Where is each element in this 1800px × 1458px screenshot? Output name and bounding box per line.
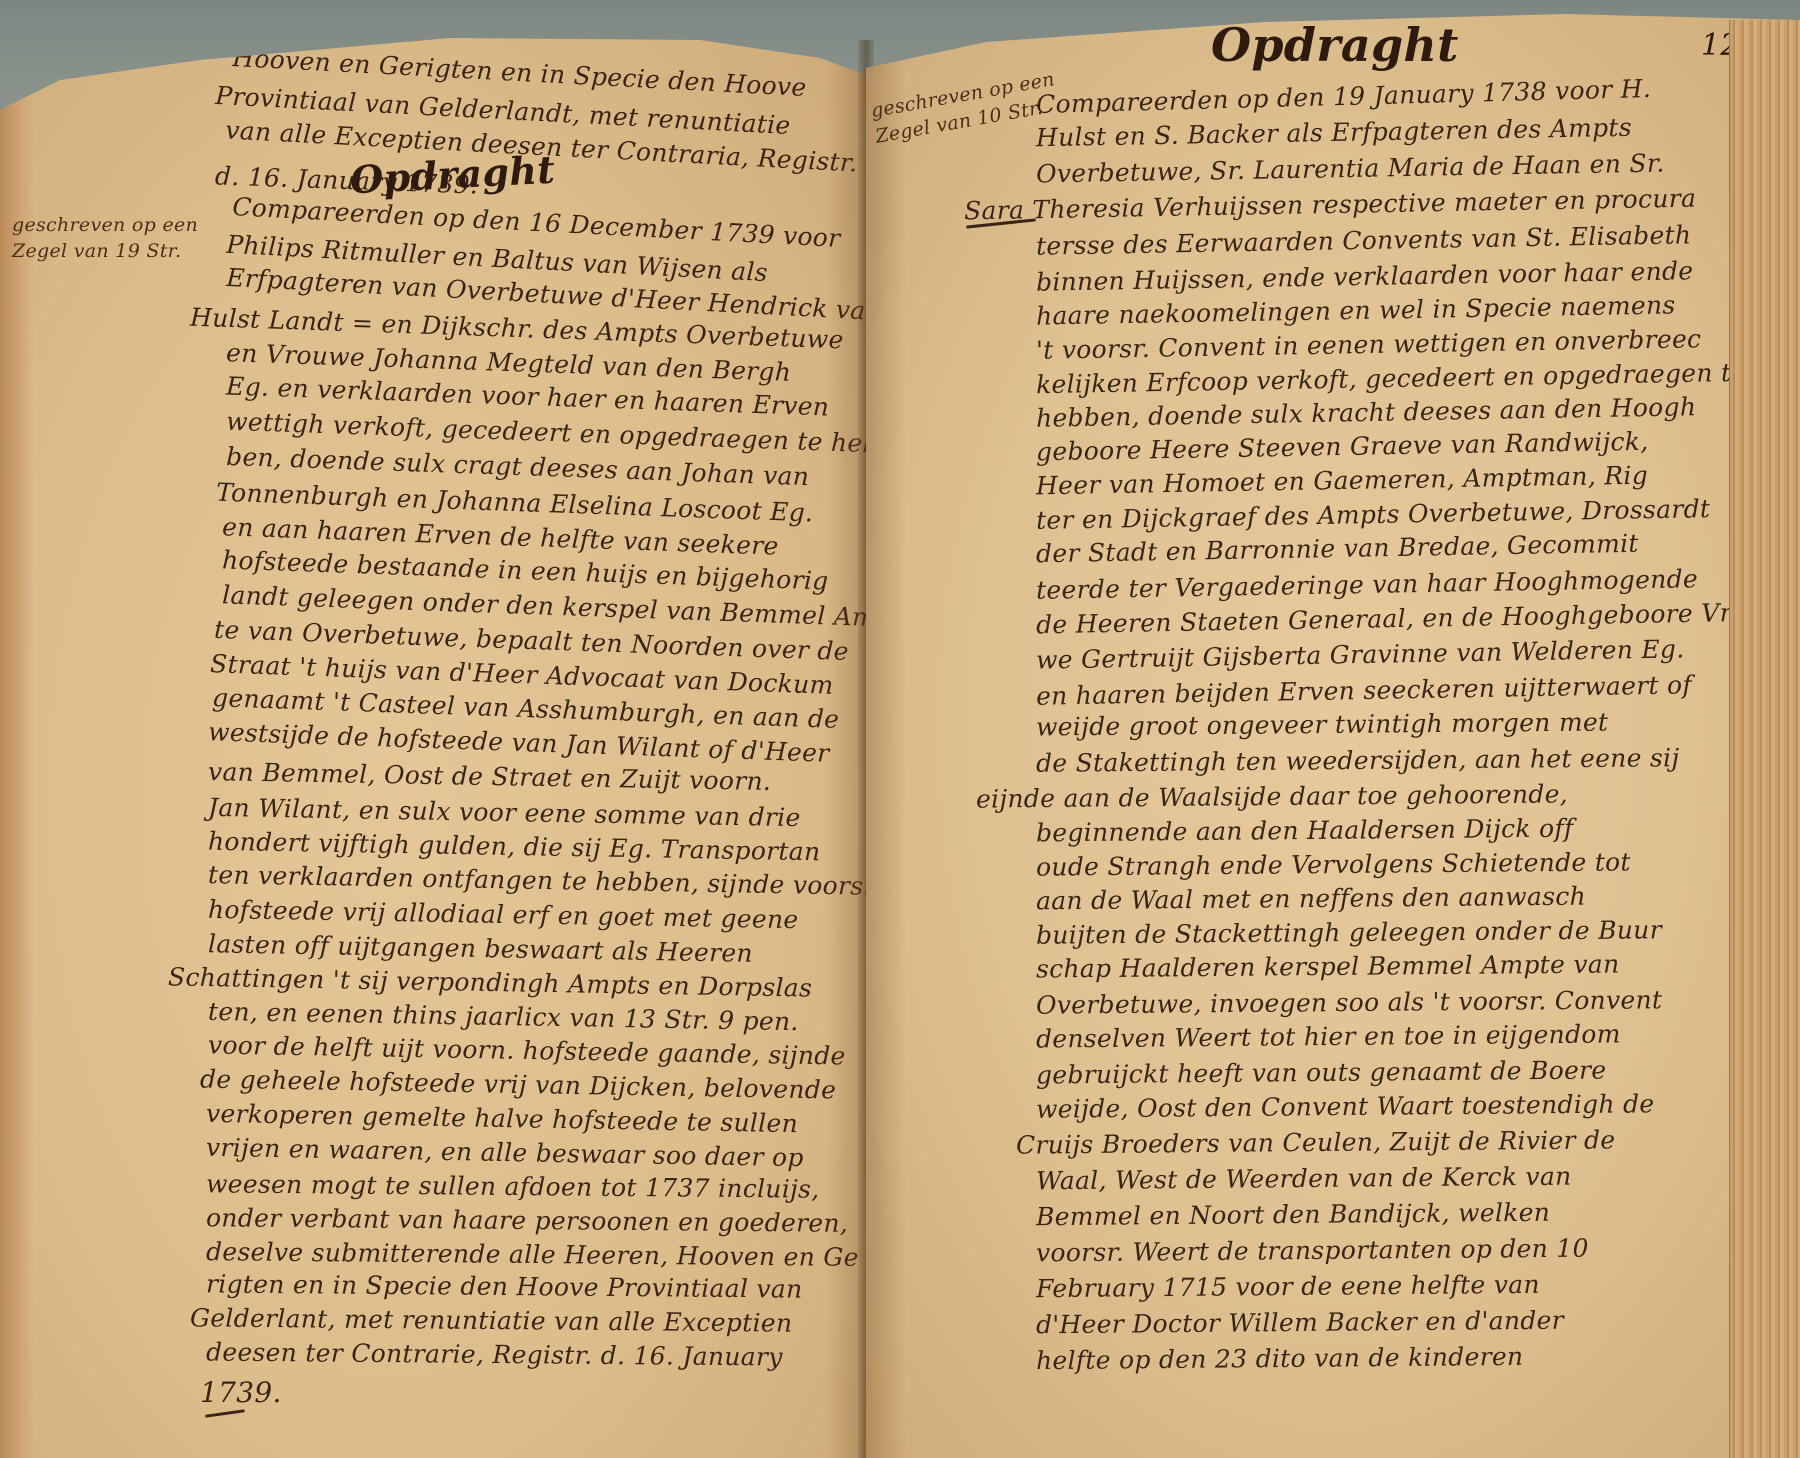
- text-line: Cruijs Broeders van Ceulen, Zuijt de Riv…: [1016, 1125, 1616, 1160]
- text-line: rigten en in Specie den Hoove Provintiaa…: [206, 1269, 803, 1304]
- text-line: gebruijckt heeft van outs genaamt de Boe…: [1036, 1056, 1607, 1091]
- text-line: de Stakettingh ten weedersijden, aan het…: [1036, 743, 1680, 779]
- text-line: weijde groot ongeveer twintigh morgen me…: [1036, 708, 1609, 743]
- text-line: Hulst en S. Backer als Erfpagteren des A…: [1036, 113, 1632, 153]
- text-line: lasten off uijtgangen beswaart als Heere…: [208, 929, 753, 969]
- text-line: helfte op den 23 dito van de kinderen: [1036, 1342, 1524, 1376]
- text-line: beginnende aan den Haaldersen Dijck off: [1036, 814, 1574, 849]
- text-line: tersse des Eerwaarden Convents van St. E…: [1036, 220, 1692, 261]
- text-line: voorsr. Weert de transportanten op den 1…: [1036, 1234, 1589, 1269]
- deed-entry-body: Compareerden op den 16 December 1739 voo…: [0, 0, 866, 1458]
- text-line: denselven Weert tot hier en toe in eijge…: [1036, 1019, 1621, 1054]
- deed-entry-body: Compareerden op den 19 January 1738 voor…: [866, 0, 1800, 1458]
- text-line: Waal, West de Weerden van de Kerck van: [1036, 1162, 1572, 1197]
- text-line: aan de Waal met en neffens den aanwasch: [1036, 882, 1586, 917]
- text-line: Gelderlant, met renuntiatie van alle Exc…: [190, 1303, 793, 1338]
- right-page: Opdraght 122 geschreven op een Zegel van…: [866, 0, 1800, 1458]
- text-line: oude Strangh ende Vervolgens Schietende …: [1036, 847, 1631, 882]
- text-line: buijten de Stackettingh geleegen onder d…: [1036, 915, 1662, 950]
- text-line: February 1715 voor de eene helfte van: [1036, 1270, 1540, 1304]
- text-line: en haaren beijden Erven seeckeren uijtte…: [1036, 670, 1692, 711]
- text-line: 1739.: [200, 1378, 282, 1408]
- text-line: vrijen en waaren, en alle beswaar soo da…: [206, 1133, 804, 1173]
- open-ledger-book: geschreven op een Zegel van 19 Str. Hoov…: [0, 0, 1800, 1458]
- text-line: weesen mogt te sullen afdoen tot 1737 in…: [206, 1169, 820, 1204]
- text-line: Bemmel en Noort den Bandijck, welken: [1036, 1198, 1550, 1232]
- text-line: onder verbant van haare persoonen en goe…: [206, 1203, 848, 1239]
- text-line: de geheele hofsteede vrij van Dijcken, b…: [200, 1064, 837, 1105]
- text-line: Sara Theresia Verhuijssen respective mae…: [964, 184, 1697, 227]
- text-line: schap Haalderen kerspel Bemmel Ampte van: [1036, 949, 1620, 984]
- text-line: d'Heer Doctor Willem Backer en d'ander: [1036, 1306, 1564, 1341]
- text-line: Heer van Homoet en Gaemeren, Amptman, Ri…: [1036, 461, 1648, 502]
- text-line: Jan Wilant, en sulx voor eene somme van …: [208, 793, 801, 833]
- text-line: we Gertruijt Gijsberta Gravinne van Weld…: [1036, 634, 1685, 675]
- text-line: eijnde aan de Waalsijde daar toe gehoore…: [976, 779, 1568, 814]
- text-line: Overbetuwe, Sr. Laurentia Maria de Haan …: [1036, 149, 1665, 190]
- text-line: hofsteede vrij allodiaal erf en goet met…: [208, 895, 799, 935]
- text-line: weijde, Oost den Convent Waart toestendi…: [1036, 1089, 1655, 1124]
- text-line: deesen ter Contrarie, Registr. d. 16. Ja…: [206, 1337, 783, 1372]
- flourish-underline: [205, 1409, 245, 1418]
- book-fore-edge: [1729, 20, 1800, 1458]
- left-page: geschreven op een Zegel van 19 Str. Hoov…: [0, 0, 866, 1458]
- text-line: verkoperen gemelte halve hofsteede te su…: [206, 1099, 798, 1139]
- text-line: Overbetuwe, invoegen soo als 't voorsr. …: [1036, 985, 1663, 1020]
- text-line: der Stadt en Barronnie van Bredae, Gecom…: [1036, 529, 1639, 570]
- text-line: deselve submitterende alle Heeren, Hoove…: [206, 1237, 859, 1273]
